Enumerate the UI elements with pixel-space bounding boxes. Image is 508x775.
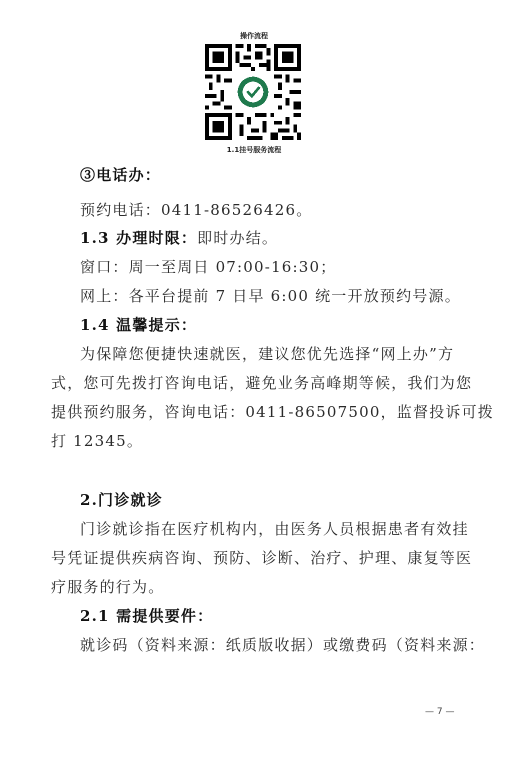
tip-line: 为保障您便捷快速就医，建议您优先选择“网上办”方: [80, 344, 454, 364]
qr-caption: 1.1挂号服务流程: [0, 145, 508, 155]
tip-line: 式，您可先拨打咨询电话，避免业务高峰期等候，我们为您: [51, 373, 472, 393]
qr-title: 操作流程: [0, 31, 508, 41]
tip-line: 打 12345。: [51, 431, 143, 451]
phone-line: 预约电话：0411-86526426。: [80, 200, 312, 220]
section-2-line: 疗服务的行为。: [51, 577, 164, 597]
section-2-1-heading: 2.1 需提供要件：: [80, 606, 213, 626]
section-1-3-value: 即时办结。: [197, 229, 278, 247]
section-2-1-line: 就诊码（资料来源：纸质版收据）或缴费码（资料来源：: [80, 635, 485, 655]
section-2-line: 门诊就诊指在医疗机构内，由医务人员根据患者有效挂: [80, 519, 469, 539]
tip-line: 提供预约服务，咨询电话：0411-86507500，监督投诉可拨: [51, 402, 494, 422]
section-1-3-label: 1.3 办理时限：: [80, 229, 197, 247]
qr-code-icon: [205, 44, 301, 140]
phone-heading: ③电话办：: [80, 165, 161, 185]
window-hours: 窗口：周一至周日 07:00-16:30；: [80, 257, 337, 277]
section-2-heading: 2.门诊就诊: [80, 490, 163, 510]
online-hours: 网上：各平台提前 7 日早 6:00 统一开放预约号源。: [80, 286, 461, 306]
page-number: — 7 —: [425, 707, 454, 717]
section-1-4-heading: 1.4 温馨提示：: [80, 315, 197, 335]
section-2-line: 号凭证提供疾病咨询、预防、诊断、治疗、护理、康复等医: [51, 548, 472, 568]
section-1-3: 1.3 办理时限：即时办结。: [80, 228, 278, 248]
